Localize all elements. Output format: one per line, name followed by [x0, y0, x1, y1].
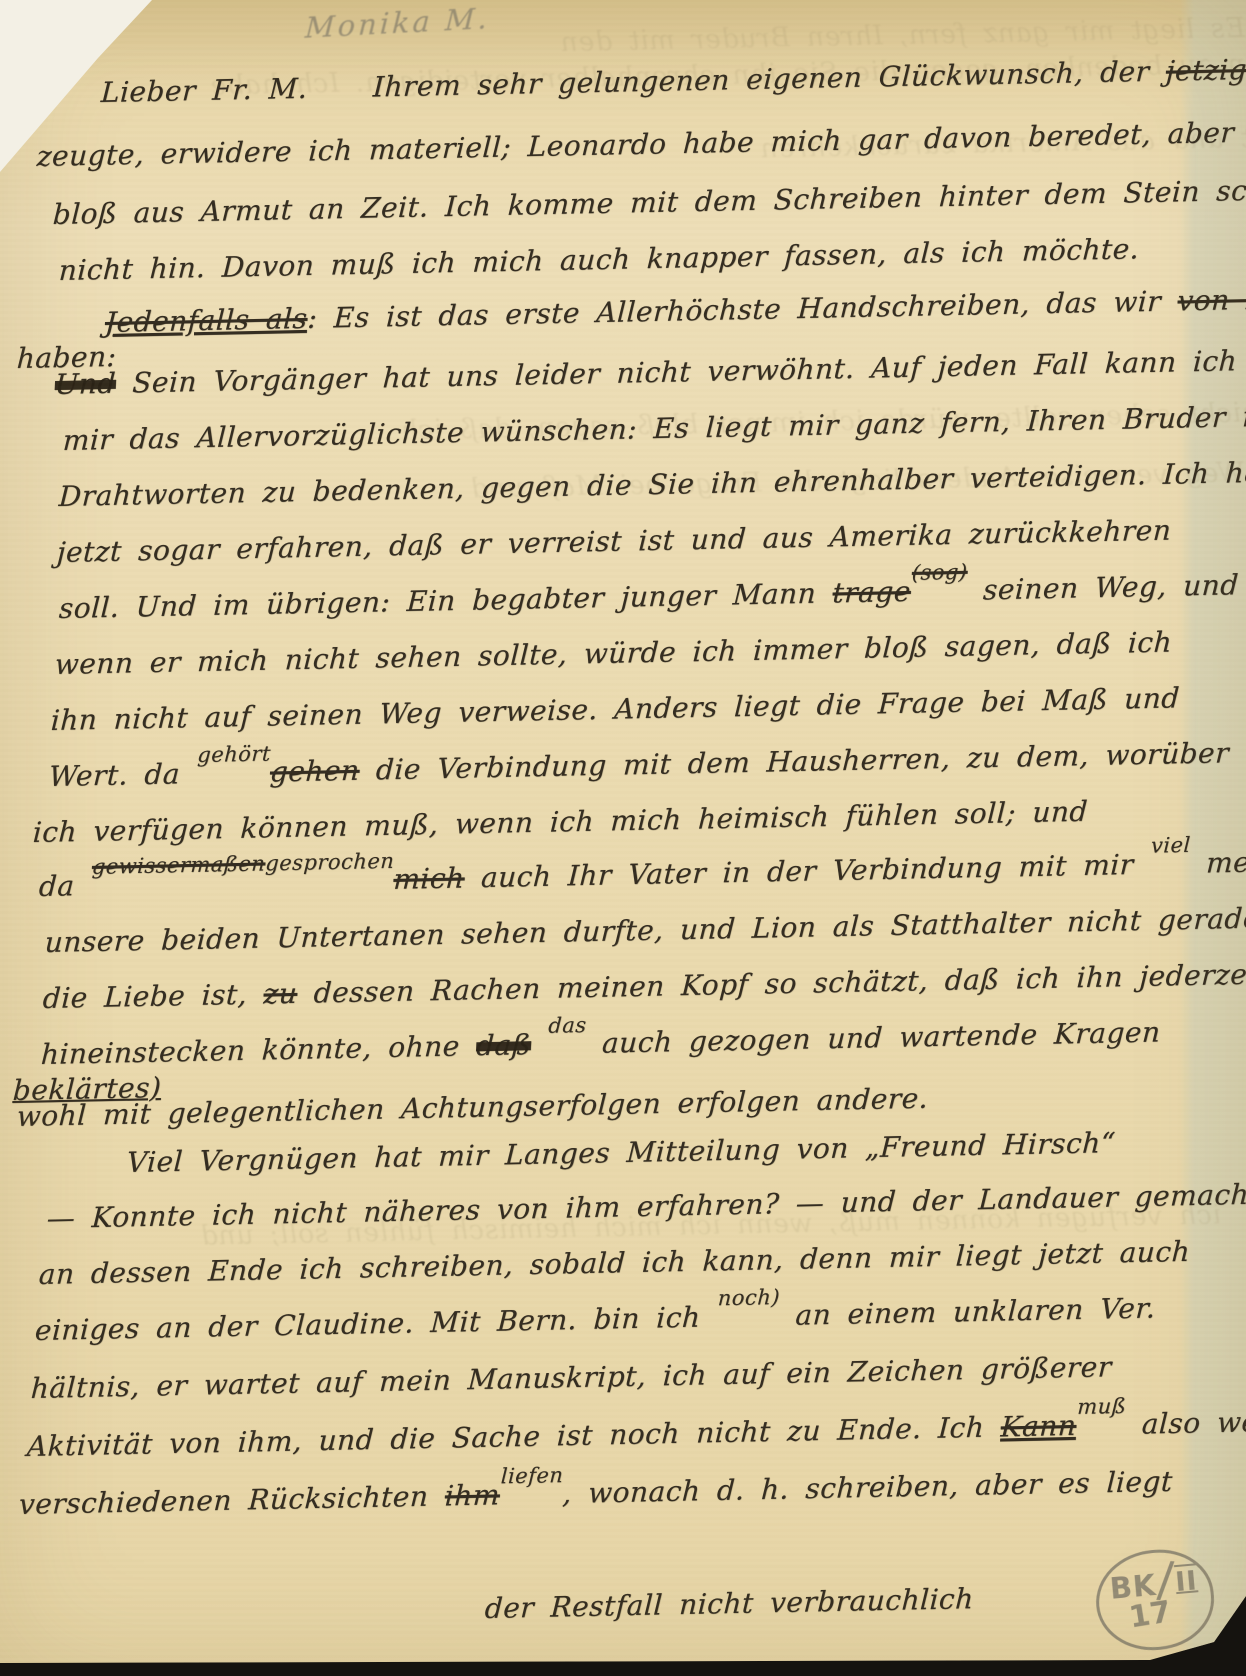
inserted-word: gewissermaßen [91, 846, 266, 884]
handwriting-text: jetzt sogar erfahren, daß er verreist is… [56, 514, 1172, 569]
handwriting-text: unsere beiden Untertanen sehen durfte, u… [44, 902, 1246, 959]
handwriting-line: hältnis, er wartet auf mein Manuskript, … [30, 1350, 1113, 1406]
handwriting-line: jetzt sogar erfahren, daß er verreist is… [56, 514, 1172, 570]
inserted-word: das [548, 1008, 588, 1043]
ink-bleedthrough-line: mir das Allervorzüglichste wünschen: Es … [559, 1, 1246, 58]
struck-word: gehen [269, 754, 360, 789]
inserted-word: muß [1077, 1389, 1128, 1424]
handwriting-text: mehr meinen als [1189, 841, 1246, 880]
handwriting-text: verschiedenen Rücksichten [18, 1479, 446, 1521]
handwriting-text: da [38, 869, 92, 903]
handwriting-text: also wege [1125, 1405, 1246, 1441]
inserted-word: gesprochen [265, 844, 396, 881]
handwriting-text: ihn nicht auf seinen Weg verweise. Ander… [50, 681, 1181, 737]
struck-word: Jedenfalls als [104, 302, 308, 339]
handwriting-text: Sein Vorgänger hat uns leider nicht verw… [115, 344, 1238, 400]
handwriting-line: hineinstecken könnte, ohne daß das auch … [40, 1015, 1161, 1074]
handwriting-line: bloß aus Armut an Zeit. Ich komme mit de… [52, 173, 1246, 232]
struck-word: daß [475, 1028, 531, 1062]
pencil-annotation: Monika M. [304, 1, 491, 45]
handwriting-text: mir das Allervorzüglichste wünschen: Es … [62, 398, 1246, 457]
handwriting-text: auch Ihr Vater in der Verbindung mit mir [464, 848, 1151, 895]
handwriting-text: der Restfall nicht verbrauchlich [484, 1582, 974, 1625]
handwriting-text: Wert. da [48, 757, 197, 793]
inserted-word: (sog) [911, 555, 968, 590]
struck-word: jetzige [1165, 53, 1246, 88]
stamp-roman-numeral: II [1174, 1567, 1198, 1597]
paper-sheet: mir das Allervorzüglichste wünschen: Es … [0, 0, 1246, 1676]
handwriting-text: hineinstecken könnte, ohne [40, 1029, 477, 1071]
handwriting-line: wenn er mich nicht sehen sollte, würde i… [54, 626, 1173, 682]
handwriting-text: zeugte, erwidere ich materiell; Leonardo… [36, 113, 1246, 173]
inserted-word: liefen [500, 1458, 564, 1493]
handwriting-text [530, 1028, 548, 1061]
handwriting-text: an einem unklaren Ver. [778, 1291, 1156, 1332]
handwriting-text: , wonach d. h. schreiben, aber es liegt [562, 1465, 1174, 1510]
handwriting-text: Viel Vergnügen hat mir Langes Mitteilung… [126, 1126, 1116, 1179]
struck-word: mich [393, 861, 466, 895]
struck-word: ihm [444, 1478, 501, 1512]
handwriting-text: wenn er mich nicht sehen sollte, würde i… [54, 626, 1173, 681]
struck-word: trage [832, 575, 912, 610]
handwriting-line: mir das Allervorzüglichste wünschen: Es … [62, 398, 1246, 458]
inserted-word: noch) [717, 1280, 781, 1315]
handwriting-line: Aktivität von ihm, und die Sache ist noc… [26, 1405, 1246, 1466]
handwriting-line: Lieber Fr. M. Ihrem sehr gelungenen eige… [100, 46, 1246, 112]
handwriting-text: die Liebe ist, [42, 978, 264, 1015]
handwriting-text: : Es ist das erste Allerhöchste Handschr… [307, 284, 1179, 335]
archive-stamp: BK∕II 17 [1092, 1545, 1218, 1655]
handwriting-line: da gewissermaßengesprochenmich auch Ihr … [38, 841, 1246, 906]
handwriting-text: einiges an der Claudine. Mit Bern. bin i… [34, 1300, 718, 1347]
handwriting-line: Viel Vergnügen hat mir Langes Mitteilung… [126, 1126, 1116, 1180]
handwriting-line: Wert. da gehörtgehen die Verbindung mit … [48, 736, 1230, 796]
inserted-word: gehört [197, 736, 272, 772]
handwriting-text: Drahtworten zu bedenken, gegen die Sie i… [58, 455, 1246, 513]
handwriting-line: unsere beiden Untertanen sehen durfte, u… [44, 902, 1246, 960]
handwriting-text: die Verbindung mit dem Hausherren, zu de… [359, 736, 1230, 786]
handwriting-line: Und Sein Vorgänger hat uns leider nicht … [54, 344, 1238, 402]
handwriting-line: zeugte, erwidere ich materiell; Leonardo… [36, 113, 1246, 174]
struck-word: Und [54, 367, 117, 401]
inserted-word: viel [1150, 828, 1191, 863]
handwriting-line: Jedenfalls als: Es ist das erste Allerhö… [104, 277, 1246, 342]
handwriting-line: einiges an der Claudine. Mit Bern. bin i… [34, 1291, 1156, 1350]
handwriting-text: nicht hin. Davon muß ich mich auch knapp… [58, 232, 1140, 287]
handwriting-line: Drahtworten zu bedenken, gegen die Sie i… [58, 455, 1246, 514]
struck-word: zu [263, 977, 298, 1011]
handwriting-text: dessen Rachen meinen Kopf so schätzt, da… [297, 957, 1246, 1010]
struck-word: von Ihnen [1177, 281, 1246, 317]
handwriting-line: ihn nicht auf seinen Weg verweise. Ander… [50, 681, 1181, 738]
scanned-letter-page: mir das Allervorzüglichste wünschen: Es … [0, 0, 1246, 1676]
handwriting-text: hältnis, er wartet auf mein Manuskript, … [30, 1350, 1112, 1405]
handwriting-line: verschiedenen Rücksichten ihmliefen, won… [18, 1465, 1174, 1524]
handwriting-line: ich verfügen können muß, wenn ich mich h… [32, 795, 1089, 850]
handwriting-text: auch gezogen und wartende Kragen [585, 1015, 1162, 1060]
handwriting-text: ich verfügen können muß, wenn ich mich h… [32, 795, 1089, 849]
handwriting-line: nicht hin. Davon muß ich mich auch knapp… [58, 232, 1140, 288]
handwriting-text: Aktivität von ihm, und die Sache ist noc… [26, 1410, 1001, 1463]
handwriting-text: bloß aus Armut an Zeit. Ich komme mit de… [52, 173, 1246, 231]
handwriting-text: soll. Und im übrigen: Ein begabter junge… [58, 576, 833, 625]
handwriting-line: die Liebe ist, zu dessen Rachen meinen K… [42, 957, 1246, 1016]
struck-word: Kann [1000, 1409, 1077, 1444]
archive-stamp-number: 17 [1127, 1597, 1173, 1633]
handwriting-line: der Restfall nicht verbrauchlich [484, 1582, 975, 1626]
handwriting-line: soll. Und im übrigen: Ein begabter junge… [58, 565, 1246, 628]
handwriting-text: seinen Weg, und [966, 568, 1246, 607]
stamp-slash: ∕ [1156, 1565, 1175, 1594]
